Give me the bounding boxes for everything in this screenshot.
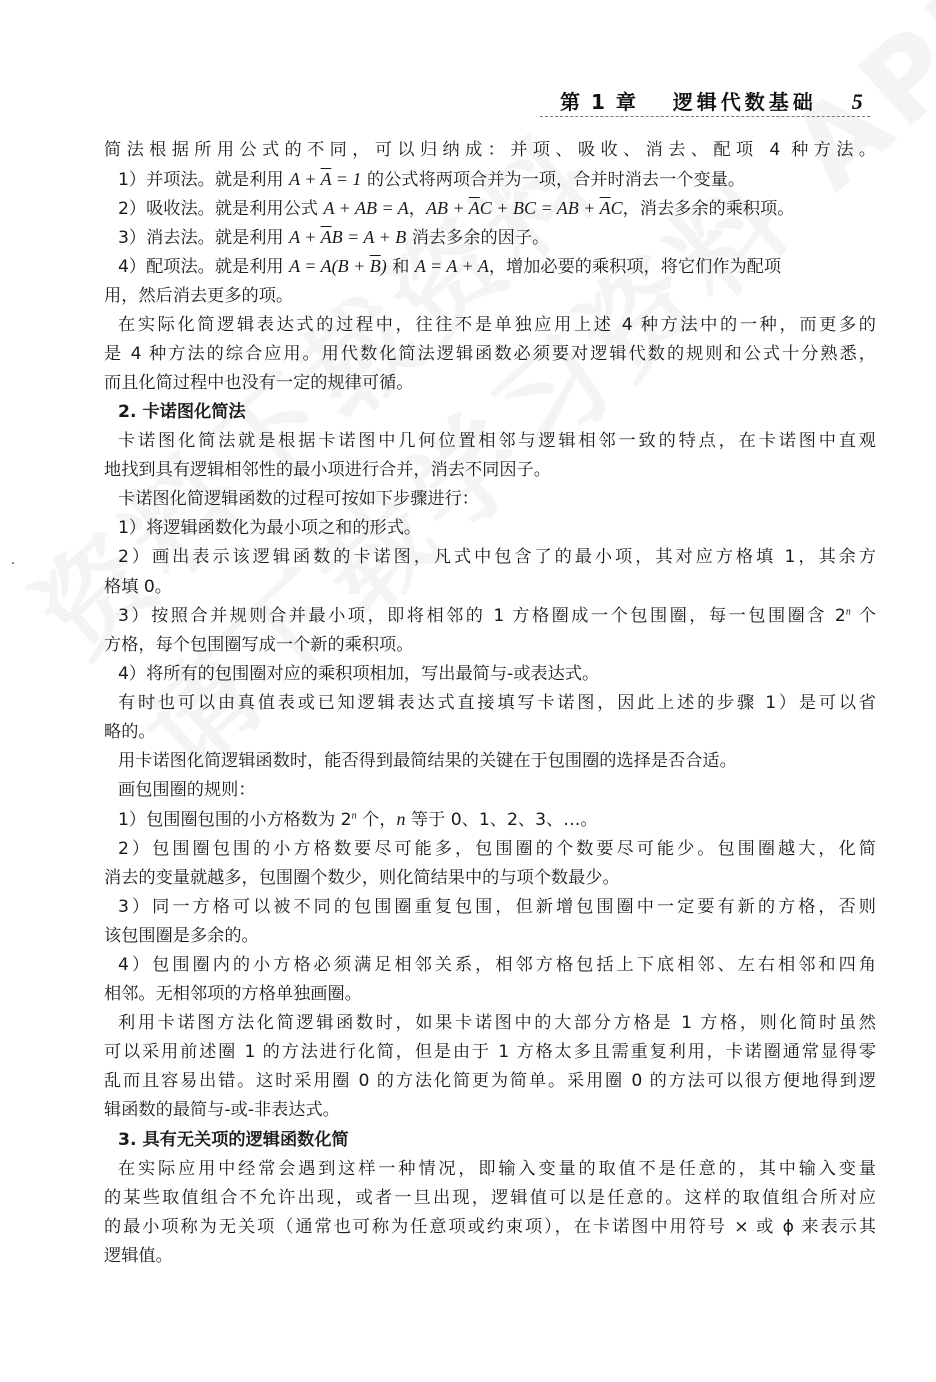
paragraph-line: 在实际应用中经常会遇到这样一种情况，即输入变量的取值不是任意的，其中输入变量: [118, 1153, 876, 1185]
rule-1: 1）包围圈包围的小方格数为 2n 个，n 等于 0、1、2、3、…。: [118, 803, 876, 835]
method-4: 4）配项法。就是利用 A = A(B + B) 和 A = A + A，增加必要…: [118, 250, 876, 282]
rule-4-cont: 相邻。无相邻项的方格单独画圈。: [104, 978, 876, 1010]
formula: A + A = 1: [289, 169, 361, 189]
paragraph-line: 画包围圈的规则：: [118, 774, 876, 806]
running-header: 第 1 章 逻辑代数基础 5: [560, 86, 865, 116]
text: 3）按照合并规则合并最小项，即将相邻的 1 方格圈成一个包围圈，每一包围圈含 2: [118, 606, 846, 626]
paragraph-line: 简法根据所用公式的不同，可以归纳成：并项、吸收、消去、配项 4 种方法。: [104, 134, 876, 166]
text: 个，: [357, 810, 397, 830]
step-3-cont: 方格，每个包围圈写成一个新的乘积项。: [104, 629, 876, 661]
paragraph-line: 地找到具有逻辑相邻性的最小项进行合并，消去不同因子。: [104, 454, 876, 486]
rule-3: 3）同一方格可以被不同的包围圈重复包围，但新增包围圈中一定要有新的方格，否则: [118, 891, 876, 923]
text: ，: [409, 199, 426, 219]
formula: AB + AC + BC = AB + AC: [426, 198, 623, 218]
text: 2）吸收法。就是利用公式: [118, 199, 318, 219]
paragraph-line: 卡诺图化简法就是根据卡诺图中几何位置相邻与逻辑相邻一致的特点，在卡诺图中直观: [118, 425, 876, 457]
paragraph-line: 可以采用前述圈 1 的方法进行化简，但是由于 1 方格太多且需重复利用，卡诺圈通…: [104, 1036, 876, 1068]
section-heading: 3. 具有无关项的逻辑函数化简: [118, 1124, 890, 1156]
paragraph-line: 乱而且容易出错。这时采用圈 0 的方法化简更为简单。采用圈 0 的方法可以很方便…: [104, 1065, 876, 1097]
formula: A + AB = A: [323, 198, 408, 218]
rule-2: 2）包围圈包围的小方格数要尽可能多，包围圈的个数要尽可能少。包围圈越大，化简: [118, 833, 876, 865]
formula: A = A(B + B): [289, 256, 387, 276]
formula: A + AB = A + B: [289, 227, 406, 247]
rule-3-cont: 该包围圈是多余的。: [104, 920, 876, 952]
paragraph-line: 辑函数的最简与-或-非表达式。: [104, 1094, 876, 1126]
text: 4）配项法。就是利用: [118, 257, 284, 277]
step-3: 3）按照合并规则合并最小项，即将相邻的 1 方格圈成一个包围圈，每一包围圈含 2…: [118, 600, 876, 632]
text: ，消去多余的乘积项。: [623, 199, 795, 219]
method-2: 2）吸收法。就是利用公式 A + AB = A，AB + AC + BC = A…: [118, 192, 876, 224]
text: 个: [851, 606, 876, 626]
paragraph-line: 的某些取值组合不允许出现，或者一旦出现，逻辑值可以是任意的。这样的取值组合所对应: [104, 1182, 876, 1214]
page-number: 5: [852, 89, 865, 115]
chapter-title: 逻辑代数基础: [673, 86, 817, 115]
paragraph-line: 的最小项称为无关项（通常也可称为任意项或约束项），在卡诺图中用符号 × 或 ϕ …: [104, 1211, 876, 1243]
step-1: 1）将逻辑函数化为最小项之和的形式。: [118, 512, 876, 544]
paragraph-line: 逻辑值。: [104, 1240, 876, 1272]
text: 和: [392, 257, 409, 277]
section-heading: 2. 卡诺图化简法: [118, 396, 890, 428]
paragraph-line: 而且化简过程中也没有一定的规律可循。: [104, 367, 876, 399]
text: 1）并项法。就是利用: [118, 170, 284, 190]
step-4: 4）将所有的包围圈对应的乘积项相加，写出最简与-或表达式。: [118, 658, 876, 690]
scan-speck: [12, 562, 14, 564]
text: 等于 0、1、2、3、…。: [405, 810, 597, 830]
text: 3）消去法。就是利用: [118, 228, 284, 248]
rule-4: 4）包围圈内的小方格必须满足相邻关系，相邻方格包括上下底相邻、左右相邻和四角: [118, 949, 876, 981]
paragraph-line: 用，然后消去更多的项。: [104, 280, 876, 312]
text: 的公式将两项合并为一项，合并时消去一个变量。: [367, 170, 745, 190]
rule-2-cont: 消去的变量就越多，包围圈个数少，则化简结果中的与项个数最少。: [104, 862, 876, 894]
text: ，增加必要的乘积项，将它们作为配项: [489, 257, 781, 277]
text: 1）包围圈包围的小方格数为 2: [118, 810, 352, 830]
header-rule: [540, 116, 870, 117]
paragraph-line: 利用卡诺图方法化简逻辑函数时，如果卡诺图中的大部分方格是 1 方格，则化简时虽然: [118, 1007, 876, 1039]
method-1: 1）并项法。就是利用 A + A = 1 的公式将两项合并为一项，合并时消去一个…: [118, 163, 876, 195]
text: 消去多余的因子。: [412, 228, 550, 248]
paragraph-line: 在实际化简逻辑表达式的过程中，往往不是单独应用上述 4 种方法中的一种，而更多的: [118, 309, 876, 341]
paragraph-line: 略的。: [104, 716, 876, 748]
paragraph-line: 卡诺图化简逻辑函数的过程可按如下步骤进行：: [118, 483, 876, 515]
step-2-cont: 格填 0。: [104, 571, 876, 603]
paragraph-line: 是 4 种方法的综合应用。用代数化简法逻辑函数必须要对逻辑代数的规则和公式十分熟…: [104, 338, 876, 370]
paragraph-line: 有时也可以由真值表或已知逻辑表达式直接填写卡诺图，因此上述的步骤 1）是可以省: [118, 687, 876, 719]
step-2: 2）画出表示该逻辑函数的卡诺图，凡式中包含了的最小项，其对应方格填 1，其余方: [118, 541, 876, 573]
chapter-label: 第 1 章: [560, 86, 638, 115]
paragraph-line: 用卡诺图化简逻辑函数时，能否得到最简结果的关键在于包围圈的选择是否合适。: [118, 745, 876, 777]
formula: A = A + A: [415, 256, 489, 276]
method-3: 3）消去法。就是利用 A + AB = A + B 消去多余的因子。: [118, 221, 876, 253]
